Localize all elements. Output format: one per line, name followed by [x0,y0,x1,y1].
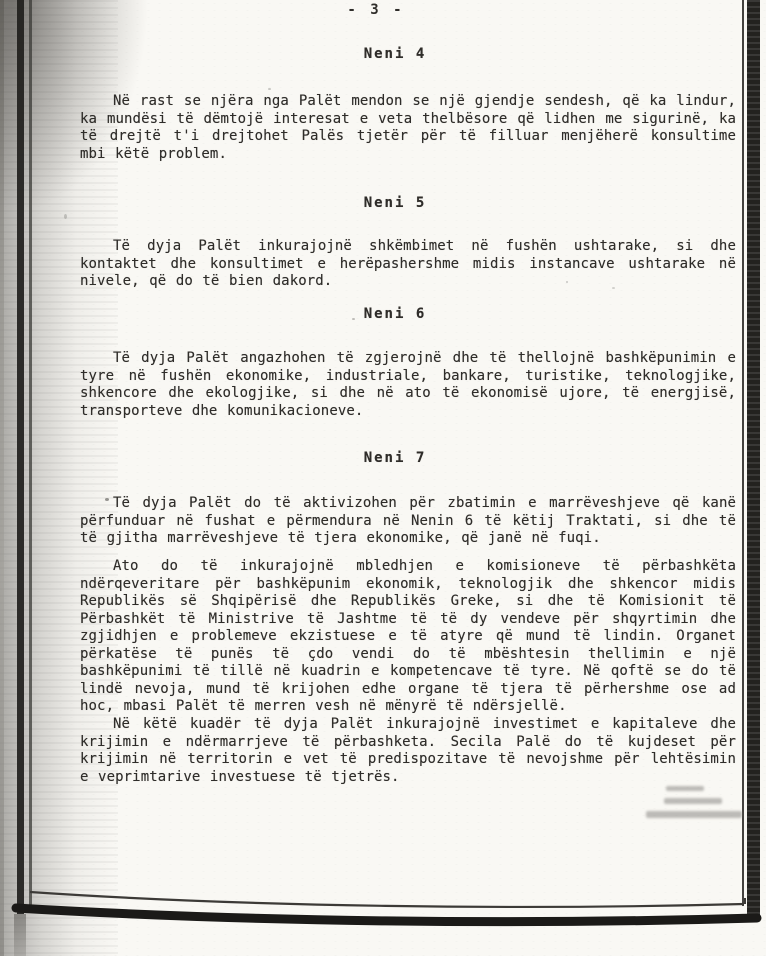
article-heading-neni-5: Neni 5 [67,195,723,211]
article-paragraph: Të dyja Palët inkurajojnë shkëmbimet në … [80,238,736,291]
article-paragraph: Të dyja Palët do të aktivizohen për zbat… [80,495,736,548]
article-heading-neni-4: Neni 4 [67,46,723,62]
toner-speck [64,214,67,219]
bleed-through-artifact [622,786,742,825]
article-paragraph: Ato do të inkurajojnë mbledhjen e komisi… [80,558,736,716]
bleed-through-line [666,786,704,791]
bleed-through-line [664,798,722,804]
binding-spine-line-thick [17,0,24,914]
page-frame-right-inner-line [742,0,744,906]
scanned-document-page: - 3 - Neni 4 Në rast se njëra nga Palët … [0,0,766,956]
page-frame-right-outer-band [747,0,760,920]
toner-speck [688,568,690,570]
article-paragraph: Në rast se njëra nga Palët mendon se një… [80,93,736,163]
toner-speck [268,88,271,90]
article-heading-neni-6: Neni 6 [67,306,723,322]
bleed-through-line [646,811,742,818]
binding-spine-line-thin [29,0,32,910]
article-paragraph: Të dyja Palët angazhohen të zgjerojnë dh… [80,350,736,420]
page-number: - 3 - [48,2,704,18]
toner-speck [566,281,568,283]
article-paragraph: Në këtë kuadër të dyja Palët inkurajojnë… [80,716,736,786]
article-heading-neni-7: Neni 7 [67,450,723,466]
toner-speck [105,498,109,501]
page-edge-strip [0,0,4,956]
toner-speck [352,318,355,320]
toner-speck [612,287,615,289]
